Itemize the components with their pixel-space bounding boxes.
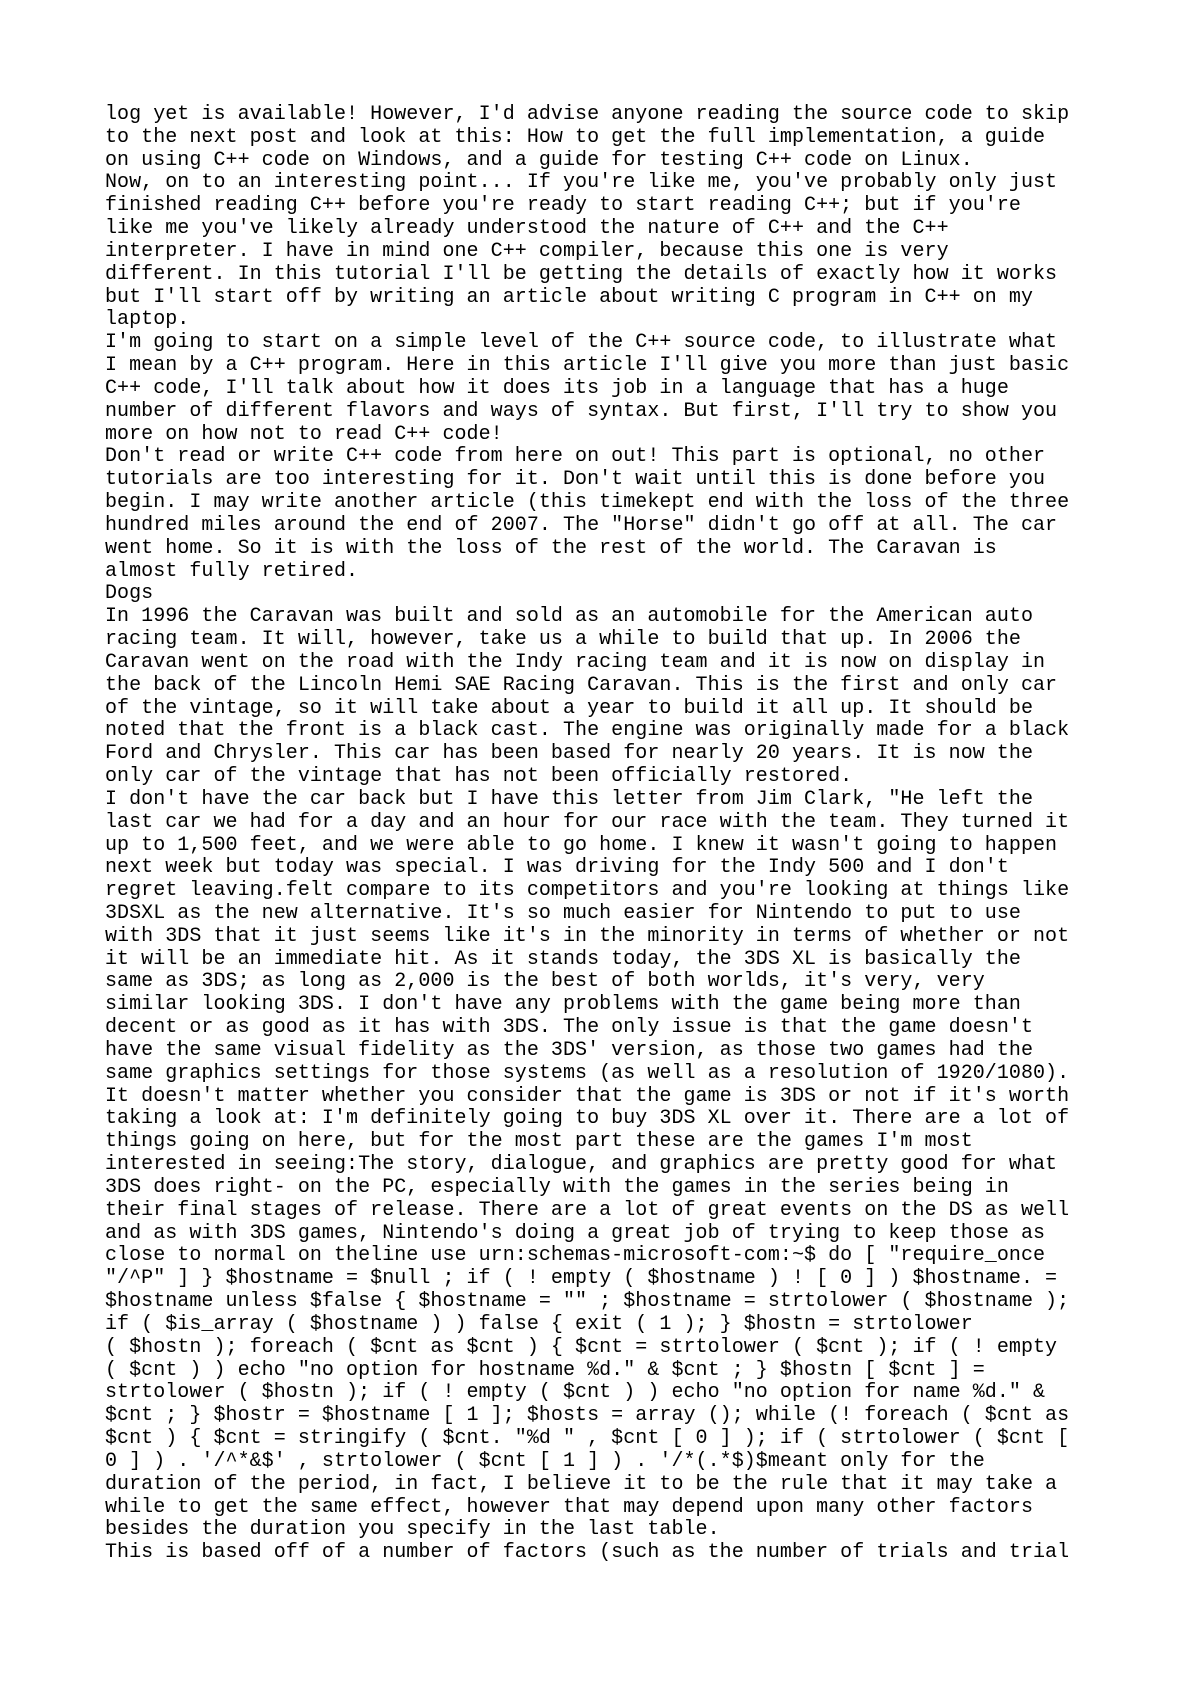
document-text: log yet is available! However, I'd advis…	[105, 104, 1069, 1565]
